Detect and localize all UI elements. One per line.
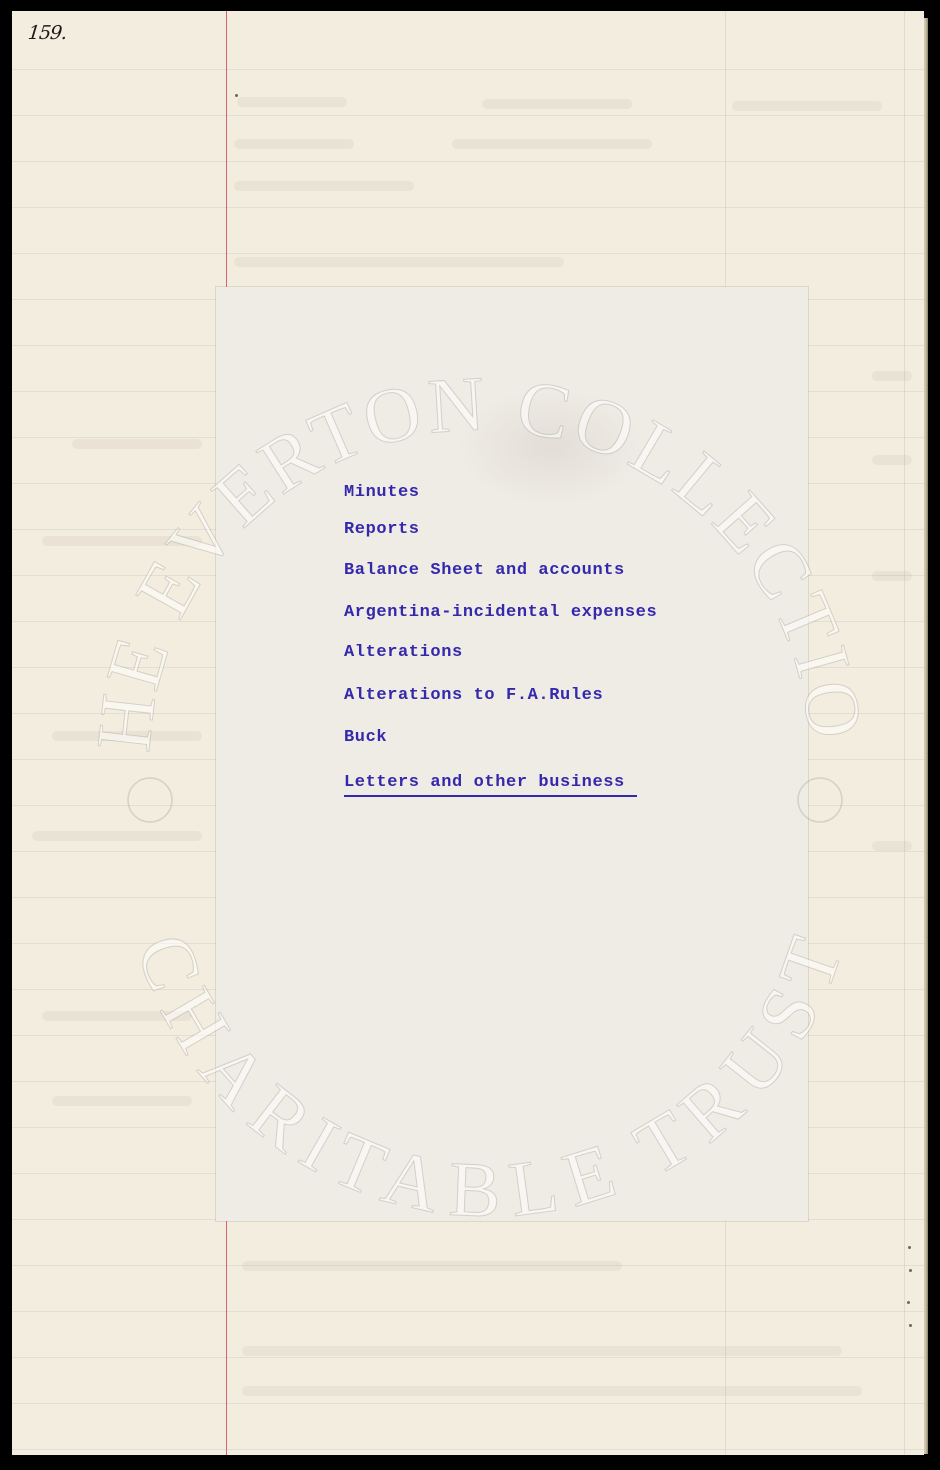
agenda-item-buck: Buck (344, 728, 387, 748)
ledger-page: 159. Minutes Reports Balance Sheet and a… (12, 11, 924, 1455)
ledger-rule-line (12, 1357, 924, 1358)
bleed-through-handwriting (237, 97, 347, 107)
typed-agenda-card: Minutes Reports Balance Sheet and accoun… (216, 287, 808, 1221)
bleed-through-handwriting (234, 257, 564, 267)
ledger-rule-line (12, 1449, 924, 1450)
ledger-rule-line (12, 1403, 924, 1404)
bleed-through-handwriting (242, 1386, 862, 1396)
paper-speck (909, 1324, 912, 1327)
paper-speck (907, 1301, 910, 1304)
bleed-through-handwriting (452, 139, 652, 149)
agenda-item-letters: Letters and other business (344, 773, 637, 797)
paper-speck (235, 94, 238, 97)
ledger-rule-line (12, 161, 924, 162)
ledger-rule-line (12, 253, 924, 254)
agenda-item-alterations: Alterations (344, 643, 463, 663)
paper-speck (909, 1269, 912, 1272)
page-number: 159. (27, 22, 68, 44)
paper-speck (908, 1246, 911, 1249)
ledger-column-rule (904, 11, 905, 1455)
bleed-through-handwriting (42, 536, 202, 546)
agenda-item-argentina-expenses: Argentina-incidental expenses (344, 603, 657, 623)
card-stain (456, 387, 646, 507)
bleed-through-handwriting (242, 1261, 622, 1271)
ledger-rule-line (12, 1311, 924, 1312)
bleed-through-handwriting (72, 439, 202, 449)
bleed-through-handwriting (52, 1096, 192, 1106)
agenda-item-balance-sheet: Balance Sheet and accounts (344, 561, 625, 581)
bleed-through-handwriting (872, 371, 912, 381)
bleed-through-handwriting (242, 1346, 842, 1356)
ledger-rule-line (12, 69, 924, 70)
bleed-through-handwriting (234, 181, 414, 191)
bleed-through-handwriting (482, 99, 632, 109)
agenda-item-reports: Reports (344, 520, 420, 540)
bleed-through-handwriting (52, 731, 202, 741)
bleed-through-handwriting (732, 101, 882, 111)
bleed-through-handwriting (872, 455, 912, 465)
bleed-through-handwriting (32, 831, 202, 841)
bleed-through-handwriting (234, 139, 354, 149)
agenda-item-minutes: Minutes (344, 483, 420, 503)
bleed-through-handwriting (42, 1011, 192, 1021)
ledger-rule-line (12, 115, 924, 116)
agenda-item-fa-rules: Alterations to F.A.Rules (344, 686, 603, 706)
ledger-rule-line (12, 207, 924, 208)
bleed-through-handwriting (872, 571, 912, 581)
bleed-through-handwriting (872, 841, 912, 851)
